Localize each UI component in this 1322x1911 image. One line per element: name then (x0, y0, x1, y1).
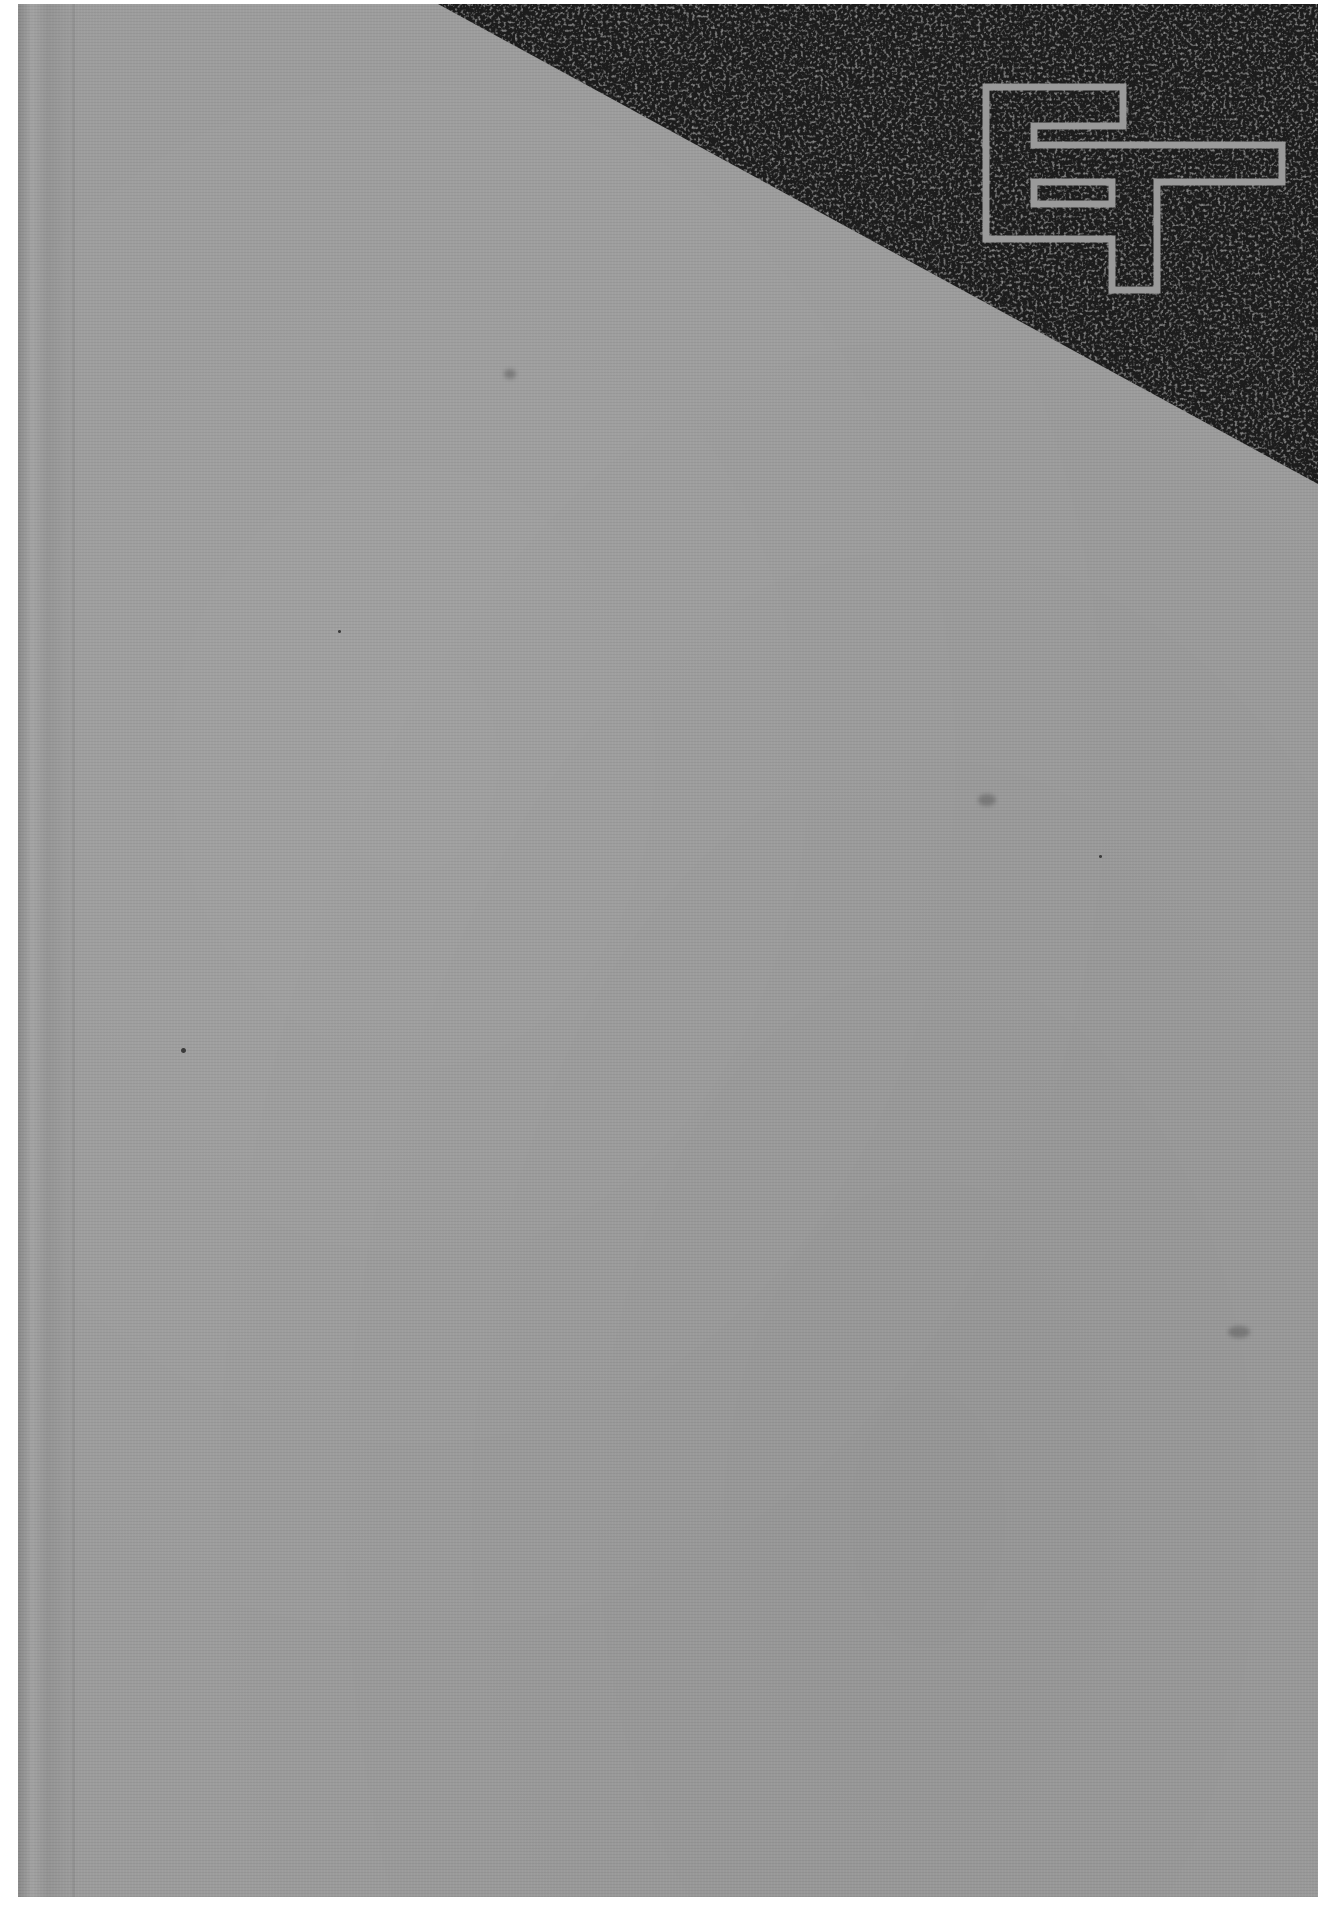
book-cover (18, 4, 1318, 1897)
cloth-stain (978, 794, 996, 806)
cloth-speck (1099, 855, 1102, 858)
dark-diagonal-band (438, 4, 1318, 484)
cloth-speck (181, 1048, 186, 1053)
cloth-stain (1228, 1326, 1250, 1338)
corner-band (18, 4, 1318, 1897)
cloth-stain (504, 369, 516, 379)
cloth-speck (338, 630, 341, 633)
